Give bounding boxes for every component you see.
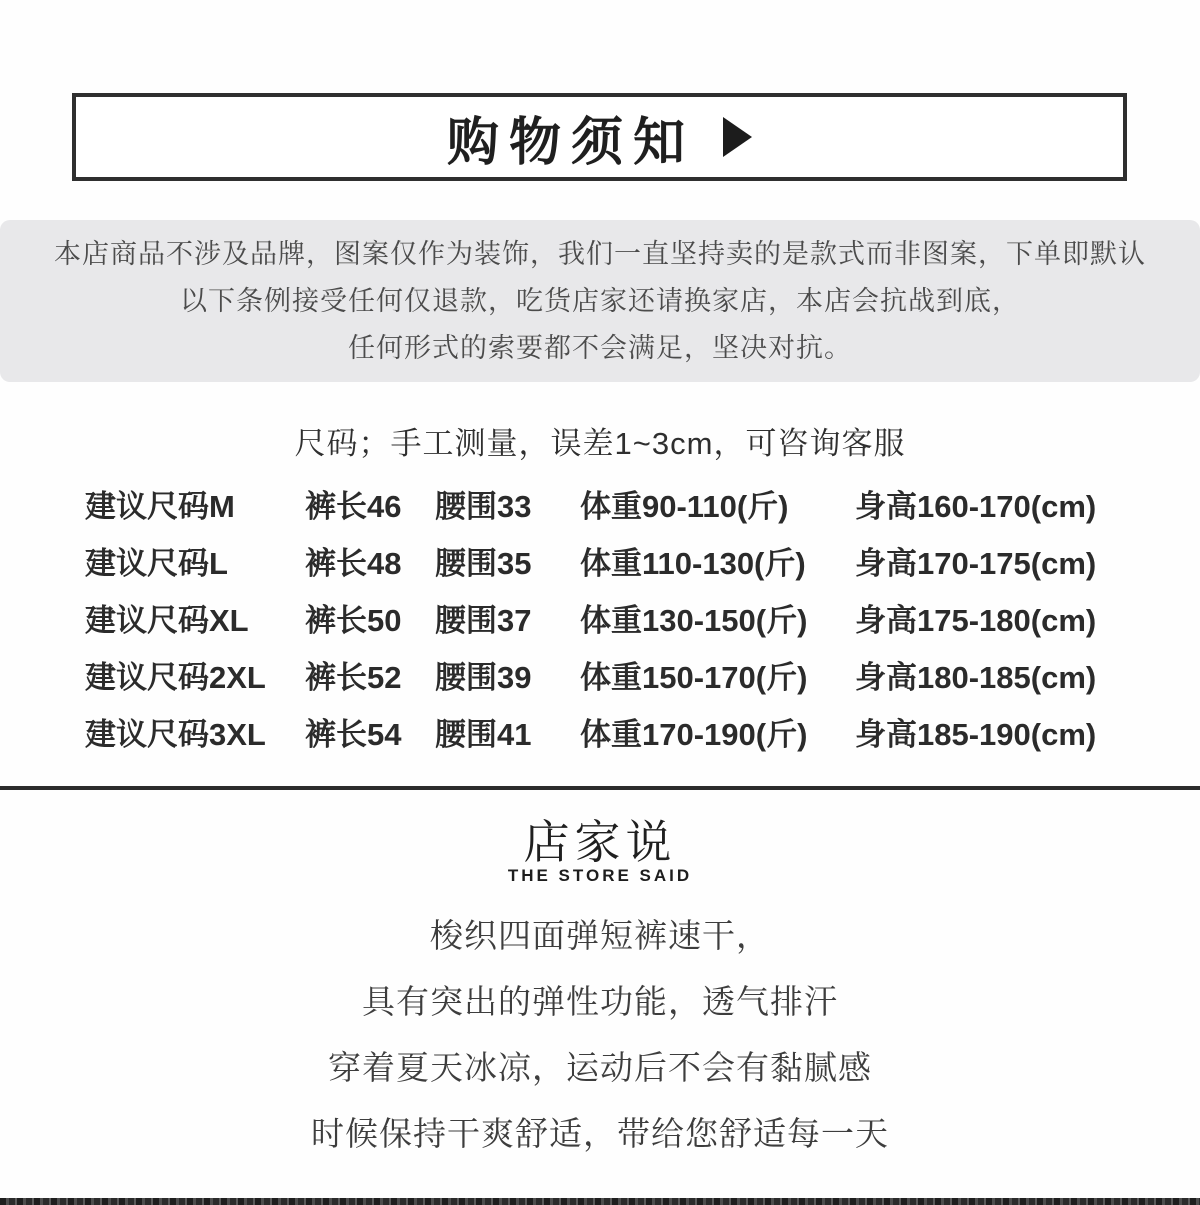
weight-cell: 体重90-110(斤) [580, 481, 855, 526]
size-cell: 建议尺码3XL [85, 709, 305, 754]
weight-cell: 体重110-130(斤) [580, 538, 855, 583]
store-said-subtitle: THE STORE SAID [0, 866, 1200, 886]
height-cell: 身高170-175(cm) [855, 538, 1115, 583]
waist-cell: 腰围39 [435, 652, 580, 697]
waist-cell: 腰围37 [435, 595, 580, 640]
play-triangle-icon [723, 117, 752, 157]
waist-cell: 腰围33 [435, 481, 580, 526]
waist-cell: 腰围35 [435, 538, 580, 583]
notice-line: 本店商品不涉及品牌，图案仅作为装饰，我们一直坚持卖的是款式而非图案，下单即默认 [0, 231, 1200, 278]
shopping-notice-header: 购物须知 [72, 93, 1127, 181]
bottom-edge-strip [0, 1198, 1200, 1205]
size-cell: 建议尺码XL [85, 595, 305, 640]
size-cell: 建议尺码M [85, 481, 305, 526]
size-chart-table: 建议尺码M 裤长46 腰围33 体重90-110(斤) 身高160-170(cm… [85, 475, 1115, 760]
length-cell: 裤长48 [305, 538, 435, 583]
weight-cell: 体重150-170(斤) [580, 652, 855, 697]
section-divider [0, 786, 1200, 790]
length-cell: 裤长46 [305, 481, 435, 526]
description-line: 时候保持干爽舒适，带给您舒适每一天 [0, 1101, 1200, 1167]
waist-cell: 腰围41 [435, 709, 580, 754]
length-cell: 裤长52 [305, 652, 435, 697]
size-cell: 建议尺码L [85, 538, 305, 583]
height-cell: 身高175-180(cm) [855, 595, 1115, 640]
notice-line: 任何形式的索要都不会满足，坚决对抗。 [0, 325, 1200, 372]
description-line: 具有突出的弹性功能，透气排汗 [0, 969, 1200, 1035]
store-policy-notice: 本店商品不涉及品牌，图案仅作为装饰，我们一直坚持卖的是款式而非图案，下单即默认 … [0, 220, 1200, 382]
height-cell: 身高185-190(cm) [855, 709, 1115, 754]
product-notice-page: 购物须知 本店商品不涉及品牌，图案仅作为装饰，我们一直坚持卖的是款式而非图案，下… [0, 0, 1200, 1205]
page-title: 购物须知 [447, 100, 695, 175]
length-cell: 裤长54 [305, 709, 435, 754]
size-measure-note: 尺码；手工测量，误差1~3cm，可咨询客服 [0, 418, 1200, 463]
weight-cell: 体重170-190(斤) [580, 709, 855, 754]
notice-line: 以下条例接受任何仅退款，吃货店家还请换家店，本店会抗战到底， [0, 278, 1200, 325]
length-cell: 裤长50 [305, 595, 435, 640]
description-line: 梭织四面弹短裤速干， [0, 903, 1200, 969]
size-cell: 建议尺码2XL [85, 652, 305, 697]
height-cell: 身高160-170(cm) [855, 481, 1115, 526]
product-description: 梭织四面弹短裤速干， 具有突出的弹性功能，透气排汗 穿着夏天冰凉，运动后不会有黏… [0, 903, 1200, 1167]
store-said-title: 店家说 [0, 806, 1200, 872]
description-line: 穿着夏天冰凉，运动后不会有黏腻感 [0, 1035, 1200, 1101]
weight-cell: 体重130-150(斤) [580, 595, 855, 640]
height-cell: 身高180-185(cm) [855, 652, 1115, 697]
